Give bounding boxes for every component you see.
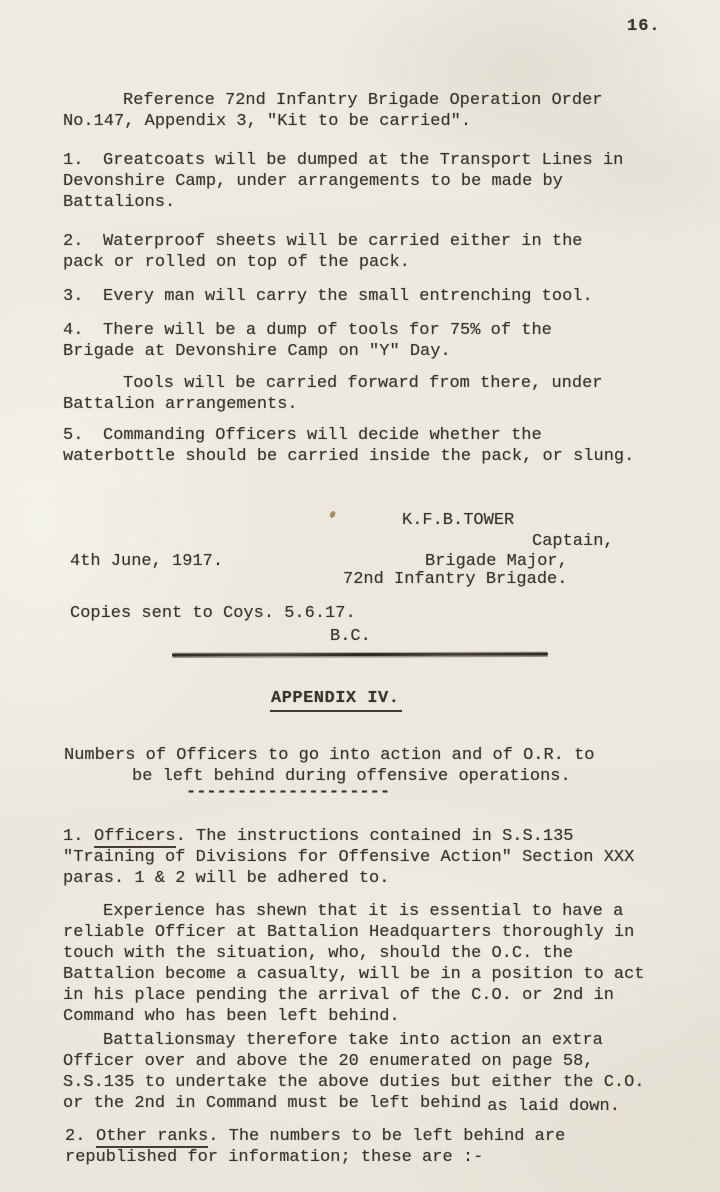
initials: B.C. <box>330 626 371 647</box>
text-line: Battalionsmay therefore take into action… <box>63 1030 645 1051</box>
signature-date: 4th June, 1917. <box>70 551 223 572</box>
order-item-4: 4.There will be a dump of tools for 75% … <box>63 320 552 362</box>
appendix-heading: APPENDIX IV. <box>270 688 402 712</box>
text-line: Battalion arrangements. <box>63 394 602 415</box>
dashed-divider: -------------------- <box>186 782 390 803</box>
paragraph-continuation: Devonshire Camp, under arrangements to b… <box>63 171 623 213</box>
experience-paragraph: Experience has shewn that it is essentia… <box>63 901 645 1027</box>
order-item-1: 1.Greatcoats will be dumped at the Trans… <box>63 150 623 213</box>
text-line: Battalions. <box>63 192 623 213</box>
signature-name: K.F.B.TOWER <box>402 510 514 531</box>
paragraph-continuation: reliable Officer at Battalion Headquarte… <box>63 922 645 1027</box>
copies-note: Copies sent to Coys. 5.6.17. <box>70 603 356 624</box>
order-item-5: 5.Commanding Officers will decide whethe… <box>63 425 634 467</box>
page-number: 16. <box>627 16 661 37</box>
text-line: No.147, Appendix 3, "Kit to be carried". <box>63 111 602 132</box>
text-line: 2.Waterproof sheets will be carried eith… <box>63 231 582 252</box>
text-line: reliable Officer at Battalion Headquarte… <box>63 922 645 943</box>
appendix-item-officers: 1.Officers. The instructions contained i… <box>63 826 634 889</box>
ink-speck <box>329 510 336 518</box>
section-divider-rule <box>172 653 548 657</box>
text-line: in his place pending the arrival of the … <box>63 985 645 1006</box>
text-line: 4.There will be a dump of tools for 75% … <box>63 320 552 341</box>
order-item-3: 3.Every man will carry the small entrenc… <box>63 286 593 307</box>
text-line: Devonshire Camp, under arrangements to b… <box>63 171 623 192</box>
text-line: touch with the situation, who, should th… <box>63 943 645 964</box>
text-line: S.S.135 to undertake the above duties bu… <box>63 1072 645 1093</box>
appendix-item-other-ranks: 2.Other ranks. The numbers to be left be… <box>65 1126 565 1168</box>
text-line: or the 2nd in Command must be left behin… <box>63 1093 645 1114</box>
paragraph-continuation: "Training of Divisions for Offensive Act… <box>63 847 634 889</box>
item-number: 3. <box>63 286 103 307</box>
order-item-2: 2.Waterproof sheets will be carried eith… <box>63 231 582 273</box>
item-text: Every man will carry the small entrenchi… <box>103 287 593 306</box>
text-line: republished for information; these are :… <box>65 1147 565 1168</box>
item-text: . The numbers to be left behind are <box>208 1127 565 1146</box>
text-line: Experience has shewn that it is essentia… <box>63 901 645 922</box>
signature-rank: Captain, <box>532 531 614 552</box>
signature-unit: 72nd Infantry Brigade. <box>343 569 567 590</box>
text-line: 5.Commanding Officers will decide whethe… <box>63 425 634 446</box>
paragraph-continuation: Officer over and above the 20 enumerated… <box>63 1051 645 1093</box>
item-number: 5. <box>63 425 103 446</box>
paragraph-continuation: republished for information; these are :… <box>65 1147 565 1168</box>
reference-paragraph: Reference 72nd Infantry Brigade Operatio… <box>63 90 602 132</box>
item-number: 2. <box>65 1126 96 1147</box>
item-text: or the 2nd in Command must be left behin… <box>63 1094 481 1113</box>
text-line: waterbottle should be carried inside the… <box>63 446 634 467</box>
text-line: 2.Other ranks. The numbers to be left be… <box>65 1126 565 1147</box>
paragraph-continuation: No.147, Appendix 3, "Kit to be carried". <box>63 111 602 132</box>
tools-paragraph: Tools will be carried forward from there… <box>63 373 602 415</box>
text-line: 1.Officers. The instructions contained i… <box>63 826 634 847</box>
paragraph-continuation: Battalion arrangements. <box>63 394 602 415</box>
item-text: Waterproof sheets will be carried either… <box>103 232 582 251</box>
text-line: 1.Greatcoats will be dumped at the Trans… <box>63 150 623 171</box>
item-text: There will be a dump of tools for 75% of… <box>103 321 552 340</box>
item-label: Officers <box>94 827 176 848</box>
offset-text: as laid down. <box>487 1097 620 1116</box>
item-label: Other ranks <box>96 1127 208 1148</box>
text-line: Reference 72nd Infantry Brigade Operatio… <box>63 90 602 111</box>
item-text: Commanding Officers will decide whether … <box>103 426 542 445</box>
battalions-paragraph: Battalionsmay therefore take into action… <box>63 1030 645 1114</box>
text-line: Officer over and above the 20 enumerated… <box>63 1051 645 1072</box>
text-line: pack or rolled on top of the pack. <box>63 252 582 273</box>
paragraph-continuation: Brigade at Devonshire Camp on "Y" Day. <box>63 341 552 362</box>
text-line: Command who has been left behind. <box>63 1006 645 1027</box>
text-line: Tools will be carried forward from there… <box>63 373 602 394</box>
document-page: 16. Reference 72nd Infantry Brigade Oper… <box>0 0 720 1192</box>
text-line: "Training of Divisions for Offensive Act… <box>63 847 634 868</box>
text-line: Brigade at Devonshire Camp on "Y" Day. <box>63 341 552 362</box>
item-text: Greatcoats will be dumped at the Transpo… <box>103 151 623 170</box>
item-text: . The instructions contained in S.S.135 <box>176 827 574 846</box>
text-line: Battalion become a casualty, will be in … <box>63 964 645 985</box>
text-line: paras. 1 & 2 will be adhered to. <box>63 868 634 889</box>
item-number: 2. <box>63 231 103 252</box>
appendix-heading-text: APPENDIX IV. <box>270 688 402 712</box>
text-line: 3.Every man will carry the small entrenc… <box>63 286 593 307</box>
appendix-subtitle-line1: Numbers of Officers to go into action an… <box>64 745 595 766</box>
paragraph-continuation: pack or rolled on top of the pack. <box>63 252 582 273</box>
item-number: 4. <box>63 320 103 341</box>
item-number: 1. <box>63 826 94 847</box>
item-number: 1. <box>63 150 103 171</box>
paragraph-continuation: waterbottle should be carried inside the… <box>63 446 634 467</box>
